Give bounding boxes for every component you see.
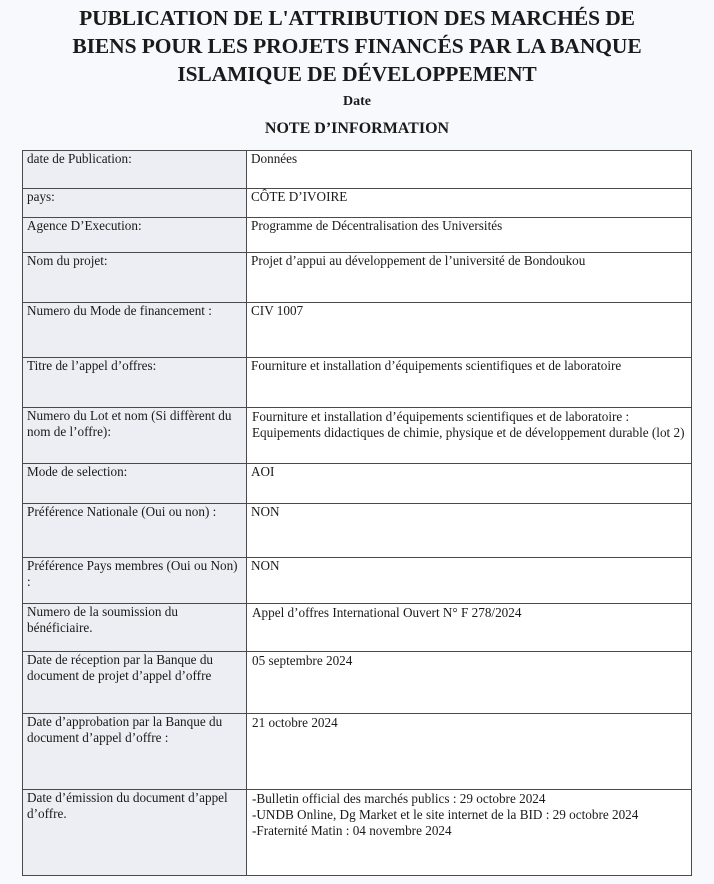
document-title: PUBLICATION DE L'ATTRIBUTION DES MARCHÉS… <box>0 4 714 88</box>
table-row: Date d’émission du document d’appel d’of… <box>23 790 692 876</box>
date-heading: Date <box>0 93 714 111</box>
table-row: date de Publication: Données <box>23 151 692 189</box>
table-row: Date de réception par la Banque du docum… <box>23 652 692 714</box>
row-value: NON <box>247 558 692 604</box>
table-row: Préférence Nationale (Oui ou non) : NON <box>23 504 692 558</box>
row-value: CIV 1007 <box>247 303 692 358</box>
row-label: Agence D’Execution: <box>23 218 247 253</box>
table-row: Numero de la soumission du bénéficiaire.… <box>23 604 692 652</box>
row-value: CÔTE D’IVOIRE <box>247 189 692 218</box>
row-value: AOI <box>247 464 692 504</box>
title-line-2: BIENS POUR LES PROJETS FINANCÉS PAR LA B… <box>72 34 641 58</box>
row-value: 21 octobre 2024 <box>247 714 692 790</box>
table-row: pays: CÔTE D’IVOIRE <box>23 189 692 218</box>
table-row: Titre de l’appel d’offres: Fourniture et… <box>23 358 692 408</box>
row-label: Préférence Nationale (Oui ou non) : <box>23 504 247 558</box>
row-value: Fourniture et installation d’équipements… <box>247 358 692 408</box>
row-value: 05 septembre 2024 <box>247 652 692 714</box>
row-label: Numero du Lot et nom (Si diffèrent du no… <box>23 408 247 464</box>
table-row: Date d’approbation par la Banque du docu… <box>23 714 692 790</box>
table-row: Agence D’Execution: Programme de Décentr… <box>23 218 692 253</box>
table-row: Mode de selection: AOI <box>23 464 692 504</box>
row-value: Fourniture et installation d’équipements… <box>247 408 692 464</box>
information-table: date de Publication: Données pays: CÔTE … <box>22 150 692 876</box>
title-line-1: PUBLICATION DE L'ATTRIBUTION DES MARCHÉS… <box>79 6 635 30</box>
title-line-3: ISLAMIQUE DE DÉVELOPPEMENT <box>177 62 536 86</box>
row-label: Date d’émission du document d’appel d’of… <box>23 790 247 876</box>
row-label: Titre de l’appel d’offres: <box>23 358 247 408</box>
row-value: NON <box>247 504 692 558</box>
row-value: Données <box>247 151 692 189</box>
table-row: Préférence Pays membres (Oui ou Non) : N… <box>23 558 692 604</box>
row-value: Projet d’appui au développement de l’uni… <box>247 253 692 303</box>
note-heading: NOTE D’INFORMATION <box>0 119 714 139</box>
row-label: Préférence Pays membres (Oui ou Non) : <box>23 558 247 604</box>
row-label: date de Publication: <box>23 151 247 189</box>
row-label: Date de réception par la Banque du docum… <box>23 652 247 714</box>
row-label: Nom du projet: <box>23 253 247 303</box>
row-label: Numero du Mode de financement : <box>23 303 247 358</box>
row-value: Appel d’offres International Ouvert N° F… <box>247 604 692 652</box>
row-label: pays: <box>23 189 247 218</box>
row-label: Numero de la soumission du bénéficiaire. <box>23 604 247 652</box>
row-value: -Bulletin official des marchés publics :… <box>247 790 692 876</box>
table-row: Numero du Lot et nom (Si diffèrent du no… <box>23 408 692 464</box>
table-row: Nom du projet: Projet d’appui au dévelop… <box>23 253 692 303</box>
table-row: Numero du Mode de financement : CIV 1007 <box>23 303 692 358</box>
row-value: Programme de Décentralisation des Univer… <box>247 218 692 253</box>
row-label: Mode de selection: <box>23 464 247 504</box>
row-label: Date d’approbation par la Banque du docu… <box>23 714 247 790</box>
